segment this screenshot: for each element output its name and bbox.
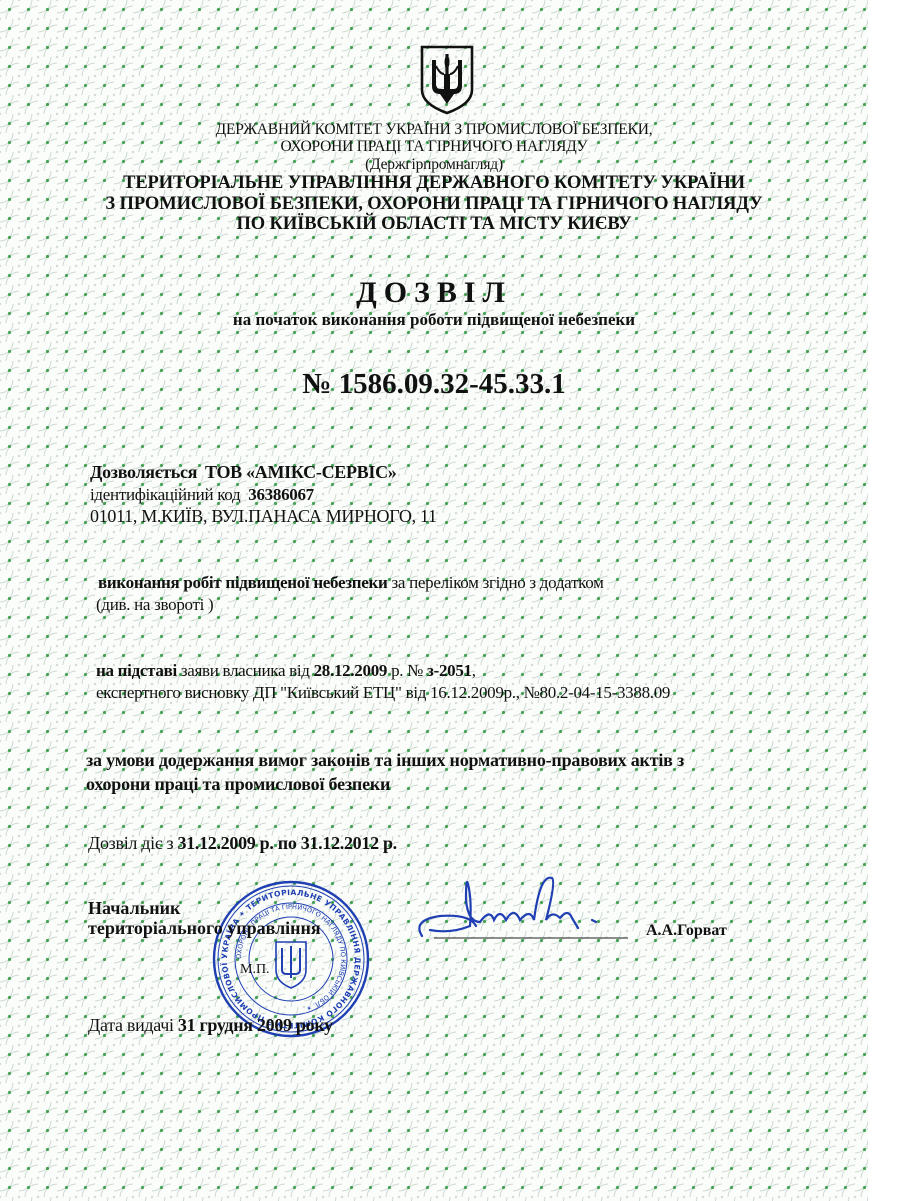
scope-rest: за переліком згідно з додатком <box>388 573 604 592</box>
application-date: 28.12.2009 <box>314 661 388 680</box>
issue-date: 31 грудня 2009 року <box>178 1015 333 1035</box>
conditions-line-1: за умови додержання вимог законів та інш… <box>86 748 684 772</box>
scope-bold: виконання робіт підвищеної небезпеки <box>98 573 388 592</box>
id-code-value: 36386067 <box>248 485 314 504</box>
valid-from: 31.12.2009 р. <box>177 833 273 853</box>
validity-line: Дозвіл діє з 31.12.2009 р. по 31.12.2012… <box>88 833 397 854</box>
committee-name-line-2: ОХОРОНИ ПРАЦІ ТА ГІРНИЧОГО НАГЛЯДУ <box>0 137 868 156</box>
scope-note: (див. на звороті ) <box>96 594 213 615</box>
conditions-line-2: охорони праці та промислової безпеки <box>86 772 390 796</box>
basis-label: на підставі <box>96 661 177 680</box>
signatory-name: А.А.Горват <box>646 922 727 940</box>
basis-comma: , <box>472 661 476 680</box>
document-subtitle: на початок виконання роботи підвищеної н… <box>0 310 868 330</box>
signatory-position-line-1: Начальник <box>88 898 180 919</box>
permit-number: № 1586.09.32-45.33.1 <box>0 368 868 401</box>
id-code-label: ідентифікаційний код <box>90 485 240 504</box>
basis-line-1: на підставі заяви власника від 28.12.200… <box>96 660 476 681</box>
seal-place-mark: М.П. <box>240 962 270 978</box>
trident-coat-of-arms-icon <box>418 44 476 116</box>
valid-to: 31.12.2012 р. <box>301 833 397 853</box>
committee-abbreviation: (Держгірпромнагляд) <box>0 155 868 174</box>
scope-line: виконання робіт підвищеної небезпеки за … <box>98 572 604 593</box>
basis-text-number: р. № <box>387 661 427 680</box>
basis-line-2: експертного висновку ДП "Київський ЕТЦ" … <box>96 682 670 703</box>
basis-text: заяви власника від <box>177 661 314 680</box>
company-address: 01011, М.КИЇВ, ВУЛ.ПАНАСА МИРНОГО, 11 <box>90 506 437 527</box>
issue-date-label: Дата видачі <box>88 1015 178 1035</box>
grantee-label: Дозволяється <box>90 462 197 482</box>
permit-document: ДЕРЖАВНИЙ КОМІТЕТ УКРАЇНИ З ПРОМИСЛОВОЇ … <box>0 0 900 1201</box>
company-name: ТОВ «АМІКС-СЕРВІС» <box>205 462 396 482</box>
validity-label: Дозвіл діє з <box>88 833 177 853</box>
handwritten-signature <box>410 870 640 950</box>
document-title: ДОЗВІЛ <box>0 276 868 310</box>
id-code-line: ідентифікаційний код 36386067 <box>90 484 314 505</box>
authority-name-line-3: ПО КИЇВСЬКІЙ ОБЛАСТІ ТА МІСТУ КИЄВУ <box>0 214 868 235</box>
application-number: з-2051 <box>427 661 472 680</box>
signatory-position-line-2: територіального управління <box>88 918 321 939</box>
authority-name-line-1: ТЕРИТОРІАЛЬНЕ УПРАВЛІННЯ ДЕРЖАВНОГО КОМІ… <box>0 173 868 194</box>
valid-to-label: по <box>274 833 301 853</box>
issue-date-line: Дата видачі 31 грудня 2009 року <box>88 1015 333 1036</box>
authority-name-line-2: З ПРОМИСЛОВОЇ БЕЗПЕКИ, ОХОРОНИ ПРАЦІ ТА … <box>0 194 868 215</box>
grantee-line: Дозволяється ТОВ «АМІКС-СЕРВІС» <box>90 462 396 483</box>
